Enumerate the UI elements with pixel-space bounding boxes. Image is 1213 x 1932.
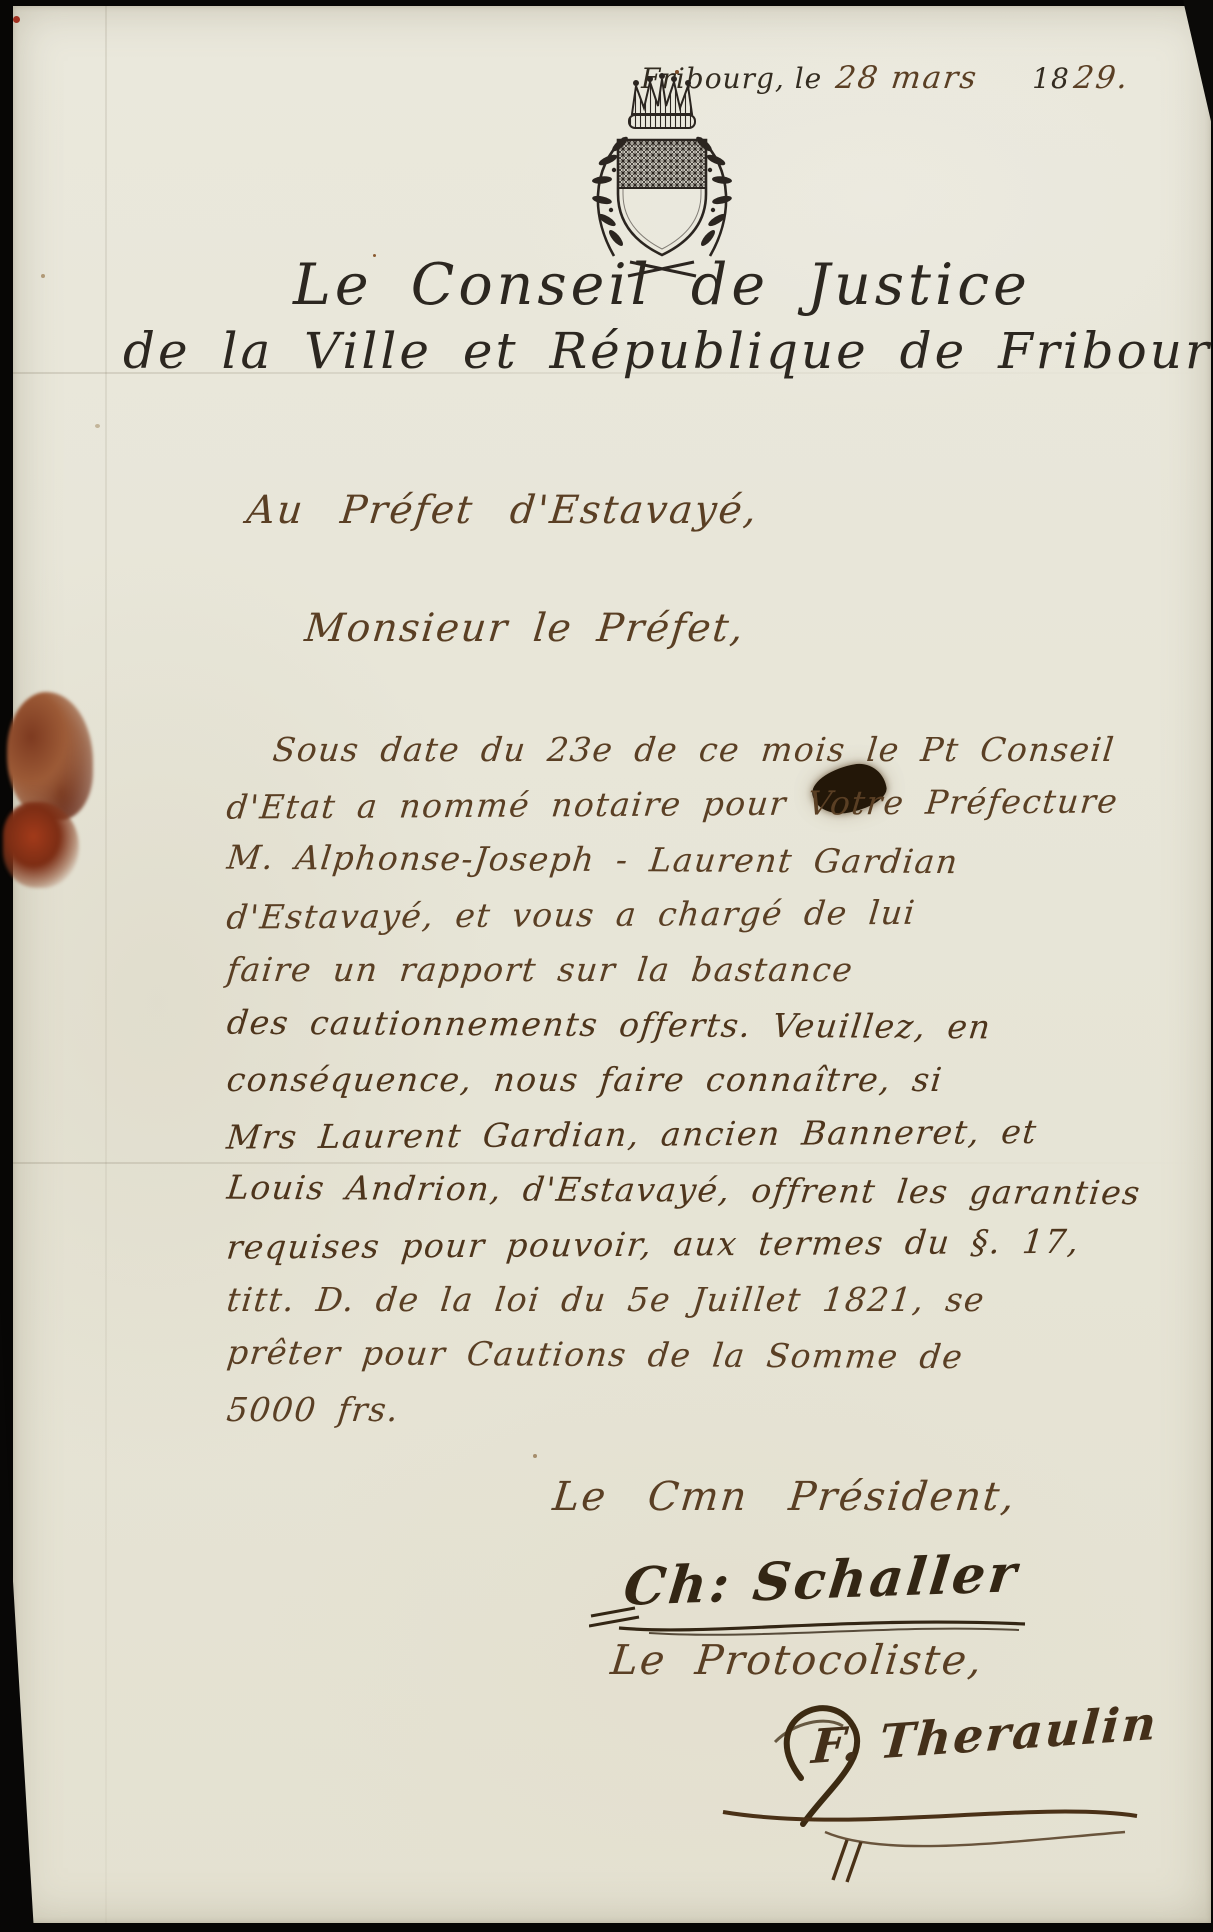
closing-role-secretary: Le Protocoliste, (608, 1636, 985, 1684)
body-line: Louis Andrion, d'Estavayé, offrent les g… (224, 1160, 990, 1220)
body-line: faire un rapport sur la bastance (224, 942, 990, 997)
addressee-line: Au Préfet d'Estavayé, (245, 488, 761, 533)
body-line: requises pour pouvoir, aux termes du §. … (224, 1214, 990, 1274)
foxing-spot (13, 16, 20, 23)
scan-background: Fribourg, le 28 mars 18 29. (0, 0, 1213, 1932)
dateline-handwritten-date: 28 mars (834, 60, 980, 96)
foxing-spot (533, 1454, 537, 1458)
wax-stain (3, 802, 79, 888)
closing-role-president: Le Cmn Président, (551, 1474, 1019, 1520)
body-line: prêter pour Cautions de la Somme de (224, 1325, 990, 1385)
body-line: titt. D. de la loi du 5e Juillet 1821, s… (224, 1272, 990, 1327)
letterhead-line2: de la Ville et République de Fribourg, (123, 322, 953, 380)
letter-body: Sous date du 23e de ce mois le Pt Consei… (227, 722, 987, 1437)
salutation-line: Monsieur le Préfet, (303, 606, 747, 651)
body-line: d'Etat a nommé notaire pour Votre Préfec… (224, 774, 990, 834)
body-line: des cautionnements offerts. Veuillez, en (224, 995, 990, 1055)
fribourg-coat-of-arms-icon (578, 68, 746, 280)
president-signature: Ch: Schaller (621, 1543, 1022, 1618)
body-line: conséquence, nous faire connaître, si (224, 1052, 990, 1107)
foxing-spot (95, 424, 100, 428)
fold-line (105, 6, 107, 1923)
body-line: Sous date du 23e de ce mois le Pt Consei… (224, 722, 990, 777)
letterhead-line1: Le Conseil de Justice (293, 252, 853, 318)
body-line: 5000 frs. (224, 1382, 990, 1437)
foxing-spot (41, 274, 45, 278)
dateline-printed-century: 18 (1032, 62, 1070, 95)
body-line: d'Estavayé, et vous a chargé de lui (224, 884, 990, 944)
body-line: M. Alphonse-Joseph - Laurent Gardian (224, 830, 990, 890)
letter-page: Fribourg, le 28 mars 18 29. (13, 6, 1211, 1923)
wax-stain (7, 692, 93, 820)
secretary-signature: F. Theraulin (810, 1696, 1160, 1775)
body-line: Mrs Laurent Gardian, ancien Banneret, et (224, 1104, 990, 1164)
dateline-handwritten-year: 29. (1072, 60, 1132, 96)
